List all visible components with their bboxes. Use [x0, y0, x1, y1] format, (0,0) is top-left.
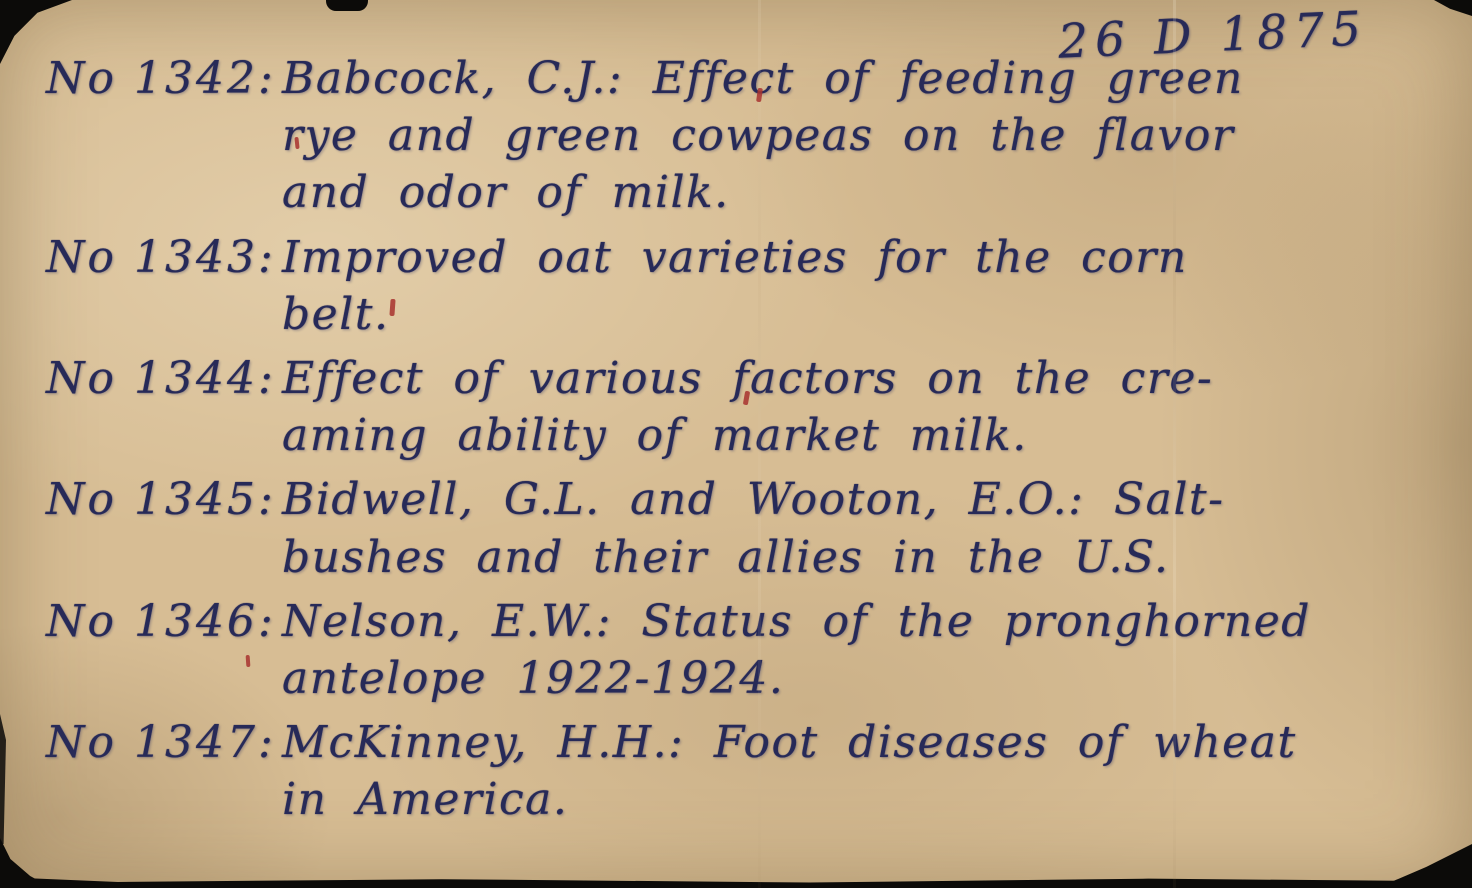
- entry-text: McKinney, H.H.: Foot diseases of wheat i…: [282, 714, 1454, 828]
- catalog-entry: No 1344: Effect of various factors on th…: [46, 350, 1454, 464]
- entry-text: Effect of various factors on the cre- am…: [282, 350, 1454, 464]
- entry-text: Bidwell, G.L. and Wooton, E.O.: Salt- bu…: [282, 471, 1454, 585]
- entry-text: Babcock, C.J.: Effect of feeding green r…: [282, 50, 1454, 222]
- catalog-entry: No 1345: Bidwell, G.L. and Wooton, E.O.:…: [46, 471, 1454, 585]
- catalog-entry: No 1342: Babcock, C.J.: Effect of feedin…: [46, 50, 1454, 222]
- red-ink-fleck: [246, 655, 251, 667]
- entry-list: No 1342: Babcock, C.J.: Effect of feedin…: [46, 50, 1454, 835]
- entry-number: No 1347:: [46, 714, 282, 828]
- card-edge-top-notch: [326, 0, 368, 11]
- card-edge-left-sliver: [0, 714, 6, 844]
- catalog-entry: No 1346: Nelson, E.W.: Status of the pro…: [46, 593, 1454, 707]
- entry-number: No 1345:: [46, 471, 282, 585]
- card-edge-top-right: [1434, 0, 1472, 16]
- entry-number: No 1344:: [46, 350, 282, 464]
- index-card: 26 D 1875 No 1342: Babcock, C.J.: Effect…: [0, 0, 1472, 888]
- catalog-entry: No 1347: McKinney, H.H.: Foot diseases o…: [46, 714, 1454, 828]
- entry-text: Improved oat varieties for the corn belt…: [282, 229, 1454, 343]
- entry-text: Nelson, E.W.: Status of the pronghorned …: [282, 593, 1454, 707]
- entry-number: No 1342:: [46, 50, 282, 222]
- entry-number: No 1346:: [46, 593, 282, 707]
- card-edge-bottom: [0, 877, 1472, 888]
- entry-number: No 1343:: [46, 229, 282, 343]
- catalog-entry: No 1343: Improved oat varieties for the …: [46, 229, 1454, 343]
